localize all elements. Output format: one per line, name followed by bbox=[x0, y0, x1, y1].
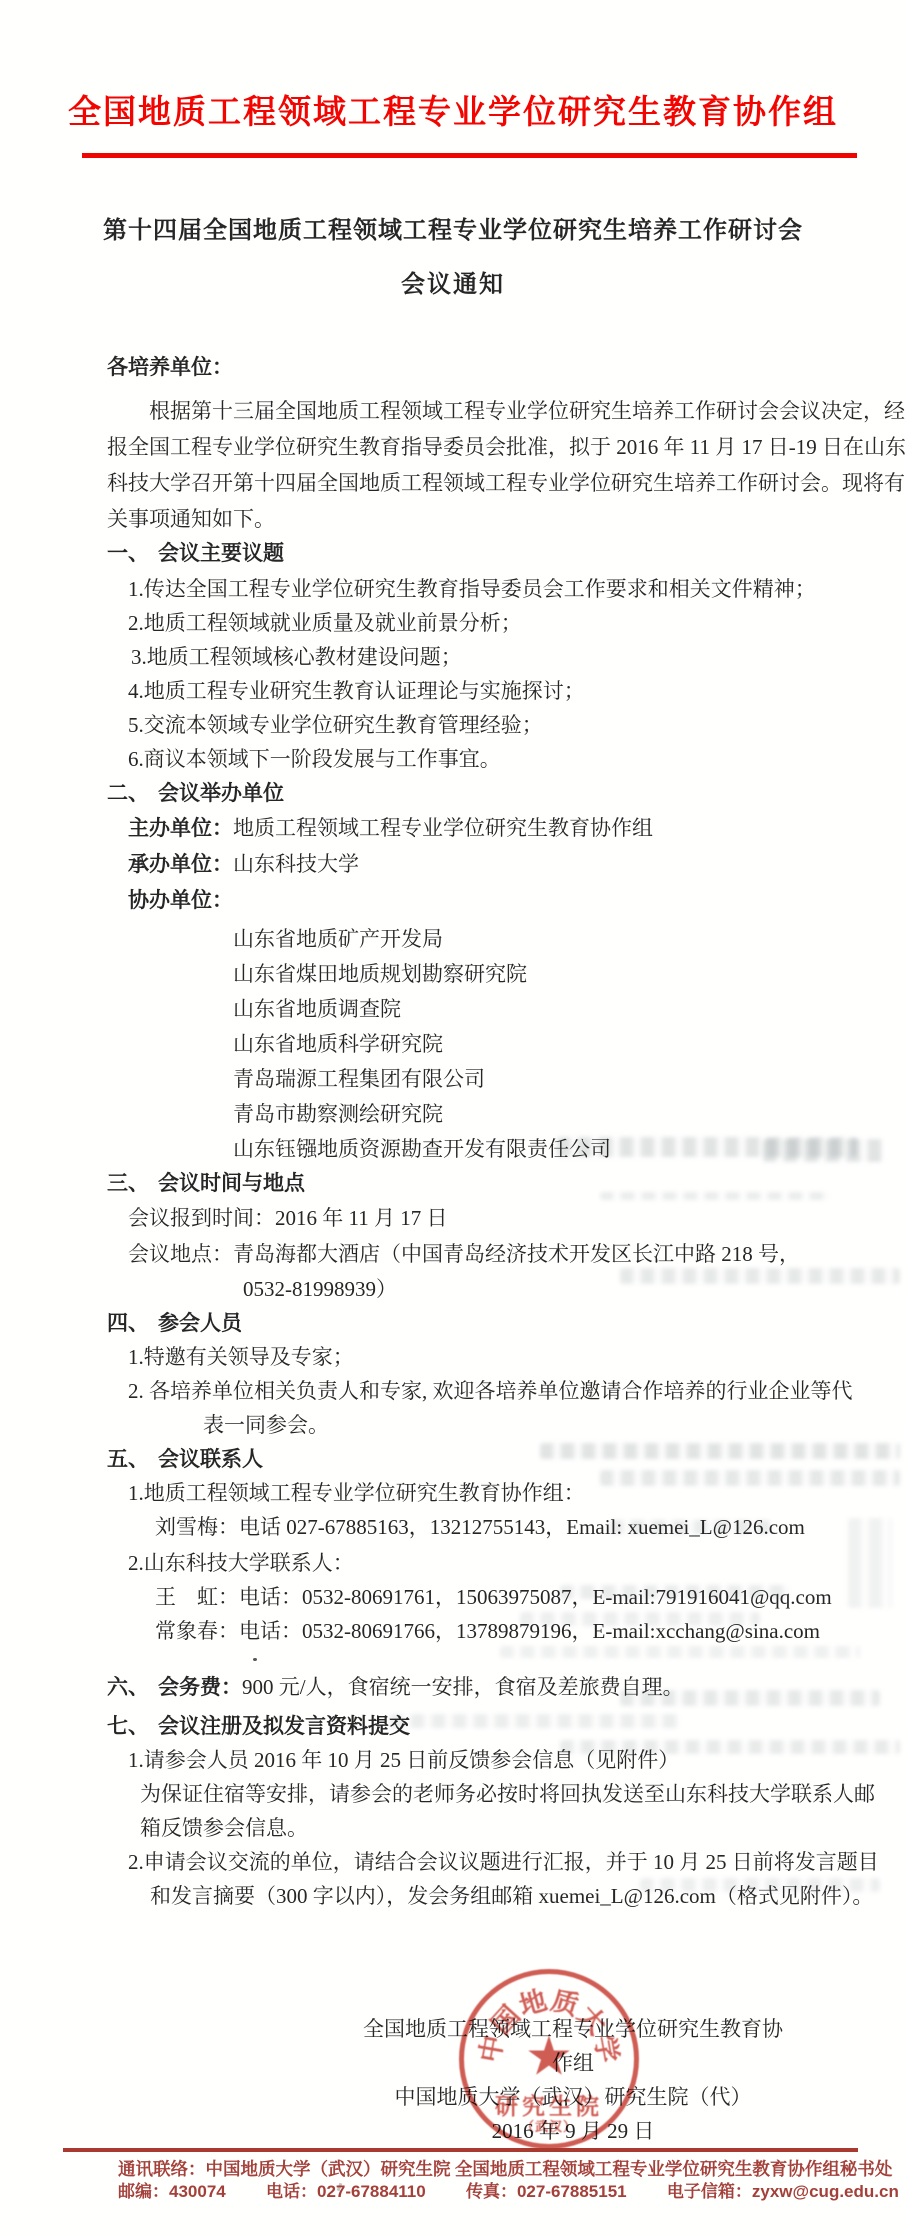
contact-group: 1.地质工程领域工程专业学位研究生教育协作组： bbox=[128, 1478, 585, 1508]
letterhead-rule bbox=[82, 153, 857, 158]
agenda-item: 6.商议本领域下一阶段发展与工作事宜。 bbox=[128, 744, 501, 774]
bleed-artifact bbox=[600, 1192, 830, 1200]
registration-item: 箱反馈参会信息。 bbox=[140, 1813, 308, 1843]
section-number: 四、 bbox=[107, 1311, 149, 1335]
letterhead-org-title: 全国地质工程领域工程专业学位研究生教育协作组 bbox=[0, 86, 906, 133]
footer-email: 电子信箱：zyxw@cug.edu.cn bbox=[667, 2182, 899, 2201]
section-number: 六、 bbox=[107, 1675, 149, 1699]
salutation: 各培养单位： bbox=[107, 352, 233, 382]
fee-label: 会务费： bbox=[158, 1675, 242, 1699]
agenda-item: 3.地质工程领域核心教材建设问题； bbox=[131, 642, 462, 672]
co-organizer: 青岛瑞源工程集团有限公司 bbox=[233, 1064, 485, 1094]
checkin-time: 会议报到时间：2016 年 11 月 17 日 bbox=[128, 1203, 447, 1233]
document-title: 第十四届全国地质工程领域工程专业学位研究生培养工作研讨会 bbox=[0, 210, 906, 245]
intro-line: 关事项通知如下。 bbox=[107, 504, 275, 534]
agenda-item: 2.地质工程领域就业质量及就业前景分析； bbox=[128, 608, 522, 638]
scan-speck bbox=[253, 1658, 257, 1661]
section-number: 一、 bbox=[107, 541, 149, 565]
section-heading-5: 五、会议联系人 bbox=[107, 1444, 263, 1474]
seal-star-icon: ★ bbox=[525, 2029, 573, 2083]
attendee-item: 表一同参会。 bbox=[203, 1410, 329, 1440]
contact-person: 常象春：电话：0532-80691766，13789879196，E-mail:… bbox=[155, 1616, 820, 1646]
footer-fax-value: 027-67885151 bbox=[517, 2182, 627, 2201]
footer-zip-label: 邮编： bbox=[118, 2182, 169, 2201]
bleed-artifact bbox=[600, 1470, 900, 1486]
undertaker-row: 承办单位：山东科技大学 bbox=[128, 849, 359, 879]
seal-arc-char: 学 bbox=[591, 2030, 628, 2067]
scanned-notice-document: 全国地质工程领域工程专业学位研究生教育协作组 第十四届全国地质工程领域工程专业学… bbox=[0, 0, 906, 2236]
section-title: 会议联系人 bbox=[158, 1447, 263, 1471]
bleed-artifact bbox=[390, 1714, 680, 1728]
attendee-item: 1.特邀有关领导及专家； bbox=[128, 1342, 354, 1372]
contact-person: 王 虹：电话：0532-80691761，15063975087，E-mail:… bbox=[155, 1582, 832, 1612]
section-heading-7: 七、会议注册及拟发言资料提交 bbox=[107, 1711, 410, 1741]
bleed-artifact bbox=[620, 1268, 900, 1284]
undertaker-label: 承办单位： bbox=[128, 852, 233, 876]
footer-zip: 邮编：430074 bbox=[118, 2182, 226, 2201]
venue-line: 0532-81998939） bbox=[243, 1274, 397, 1304]
venue-line: 会议地点：青岛海都大酒店（中国青岛经济技术开发区长江中路 218 号， bbox=[128, 1239, 800, 1269]
bleed-artifact bbox=[500, 1646, 860, 1658]
footer-email-label: 电子信箱： bbox=[667, 2182, 752, 2201]
host-label: 主办单位： bbox=[128, 816, 233, 840]
official-seal: 中 国 地 质 大 学 ★ 研究生院 （武汉） bbox=[459, 1969, 639, 2149]
host-row: 主办单位：地质工程领域工程专业学位研究生教育协作组 bbox=[128, 813, 653, 843]
fee-row: 六、会务费：900 元/人，食宿统一安排，食宿及差旅费自理。 bbox=[107, 1672, 684, 1702]
contact-group: 2.山东科技大学联系人： bbox=[128, 1548, 354, 1578]
section-heading-3: 三、会议时间与地点 bbox=[107, 1168, 305, 1198]
section-number: 二、 bbox=[107, 781, 149, 805]
undertaker-value: 山东科技大学 bbox=[233, 852, 359, 876]
agenda-item: 5.交流本领域专业学位研究生教育管理经验； bbox=[128, 710, 543, 740]
co-organizer-label: 协办单位： bbox=[128, 885, 233, 915]
footer-rule bbox=[63, 2148, 858, 2152]
seal-sub-text: （武汉） bbox=[464, 2116, 634, 2135]
agenda-item: 1.传达全国工程专业学位研究生教育指导委员会工作要求和相关文件精神； bbox=[128, 574, 816, 604]
co-organizer: 山东省煤田地质规划勘察研究院 bbox=[233, 959, 527, 989]
section-title: 参会人员 bbox=[158, 1311, 242, 1335]
section-number: 七、 bbox=[107, 1714, 149, 1738]
registration-item: 1.请参会人员 2016 年 10 月 25 日前反馈参会信息（见附件） bbox=[128, 1745, 679, 1775]
co-organizer: 山东省地质矿产开发局 bbox=[233, 924, 443, 954]
attendee-item: 2. 各培养单位相关负责人和专家, 欢迎各培养单位邀请合作培养的行业企业等代 bbox=[128, 1376, 853, 1406]
intro-line: 科技大学召开第十四届全国地质工程领域工程专业学位研究生培养工作研讨会。现将有 bbox=[107, 468, 905, 498]
contact-person: 刘雪梅：电话 027-67885163，13212755143，Email: x… bbox=[155, 1512, 805, 1542]
footer-tel-value: 027-67884110 bbox=[317, 2182, 426, 2201]
footer-fax: 传真：027-67885151 bbox=[466, 2182, 627, 2201]
footer-tel-label: 电话： bbox=[266, 2182, 317, 2201]
co-organizer: 青岛市勘察测绘研究院 bbox=[233, 1099, 443, 1129]
co-organizer: 山东钰镪地质资源勘查开发有限责任公司 bbox=[233, 1134, 611, 1164]
intro-line: 根据第十三届全国地质工程领域工程专业学位研究生培养工作研讨会会议决定，经 bbox=[149, 396, 905, 426]
bleed-artifact bbox=[540, 1443, 900, 1459]
fee-text: 900 元/人，食宿统一安排，食宿及差旅费自理。 bbox=[242, 1675, 684, 1699]
co-organizer: 山东省地质调查院 bbox=[233, 994, 401, 1024]
section-heading-4: 四、参会人员 bbox=[107, 1308, 242, 1338]
registration-item: 2.申请会议交流的单位，请结合会议议题进行汇报，并于 10 月 25 日前将发言… bbox=[128, 1847, 879, 1877]
intro-line: 报全国工程专业学位研究生教育指导委员会批准，拟于 2016 年 11 月 17 … bbox=[107, 432, 906, 462]
footer-fax-label: 传真： bbox=[466, 2182, 517, 2201]
footer-zip-value: 430074 bbox=[169, 2182, 226, 2201]
host-value: 地质工程领域工程专业学位研究生教育协作组 bbox=[233, 816, 653, 840]
section-title: 会议举办单位 bbox=[158, 781, 284, 805]
section-number: 三、 bbox=[107, 1171, 149, 1195]
footer-email-value: zyxw@cug.edu.cn bbox=[752, 2182, 899, 2201]
agenda-item: 4.地质工程专业研究生教育认证理论与实施探讨； bbox=[128, 676, 585, 706]
section-number: 五、 bbox=[107, 1447, 149, 1471]
bleed-artifact bbox=[848, 1518, 892, 1608]
footer-tel: 电话：027-67884110 bbox=[266, 2182, 426, 2201]
registration-item: 为保证住宿等安排，请参会的老师务必按时将回执发送至山东科技大学联系人邮 bbox=[140, 1779, 875, 1809]
section-title: 会议主要议题 bbox=[158, 541, 284, 565]
section-heading-2: 二、会议举办单位 bbox=[107, 778, 284, 808]
document-subtitle: 会议通知 bbox=[0, 264, 906, 299]
bleed-artifact bbox=[763, 1139, 883, 1162]
footer-details-line: 邮编：430074 电话：027-67884110 传真：027-6788515… bbox=[118, 2177, 899, 2202]
section-title: 会议注册及拟发言资料提交 bbox=[158, 1714, 410, 1738]
co-organizer: 山东省地质科学研究院 bbox=[233, 1029, 443, 1059]
section-heading-1: 一、会议主要议题 bbox=[107, 538, 284, 568]
section-title: 会议时间与地点 bbox=[158, 1171, 305, 1195]
registration-item: 和发言摘要（300 字以内），发会务组邮箱 xuemei_L@126.com（格… bbox=[150, 1881, 873, 1911]
